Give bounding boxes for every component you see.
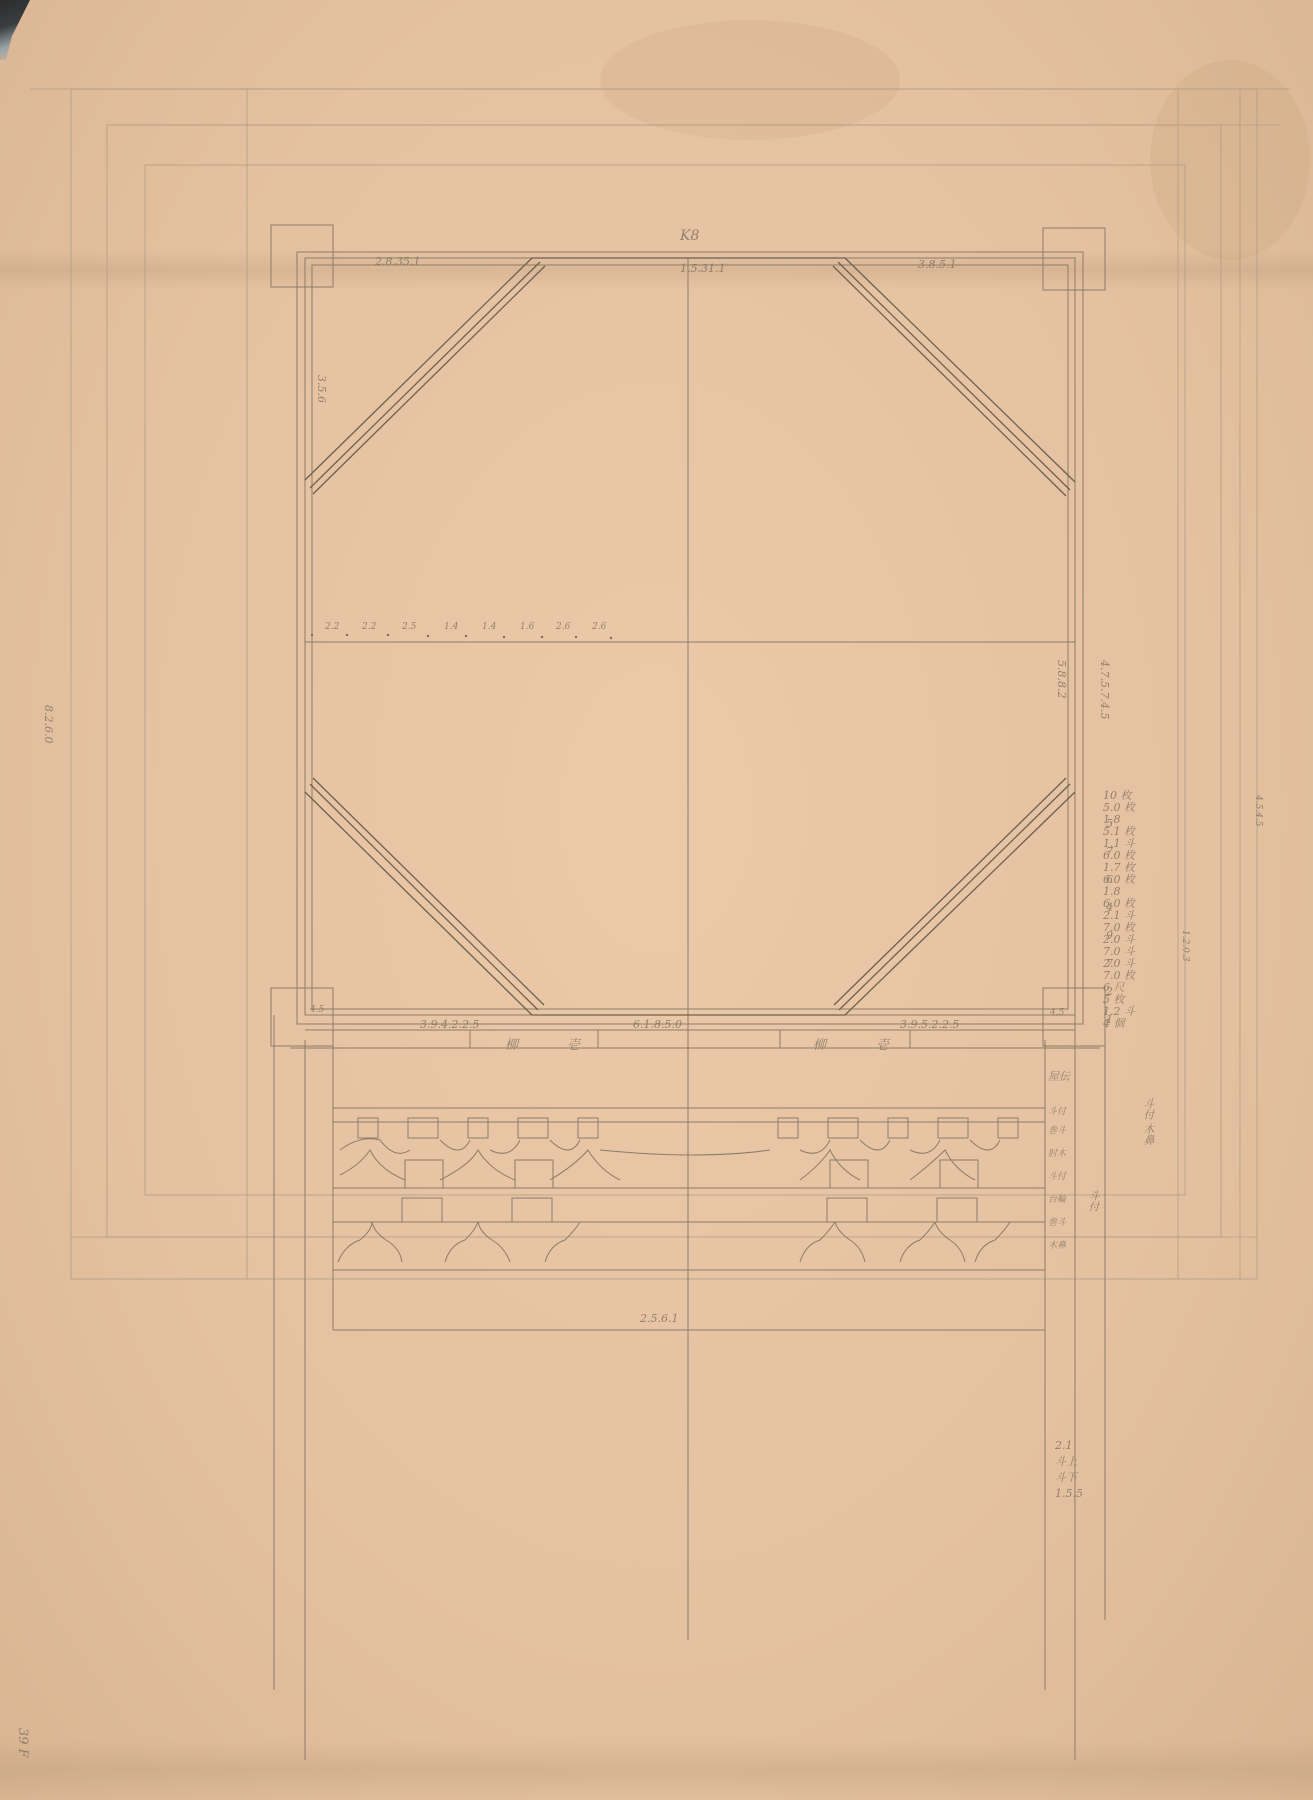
ruler-mark: 2.5: [402, 622, 416, 632]
note-b: 斗付: [1085, 1190, 1101, 1212]
lower-note: 2.1: [1055, 1438, 1083, 1454]
dimension-band: [290, 1030, 1100, 1048]
dim-bottom-center: 6.1.8.5.0: [633, 1018, 682, 1031]
cornice-bottom-dim: 2.5.6.1: [640, 1312, 678, 1325]
char-label: 柳: [505, 1034, 518, 1053]
schedule-index: 4: [1106, 894, 1113, 922]
schedule-index: 7: [1106, 950, 1113, 978]
ruler-mark: 2.2: [325, 622, 339, 632]
note-a: 斗付 木鼻: [1140, 1098, 1156, 1146]
cornice-labels: 屋伝 斗付 巻斗 肘木 斗付 台輪 巻斗 木鼻: [1048, 1068, 1072, 1251]
sheet-number-stamp: 39 F: [15, 1728, 30, 1758]
ruler-mark: 2.6: [556, 622, 570, 632]
schedule-index: 2: [1106, 978, 1113, 1006]
cornice-label: 肘木: [1048, 1146, 1072, 1159]
lower-notes: 2.1 斗上 斗下 1.5.5: [1055, 1438, 1083, 1502]
cornice-label: 斗付: [1048, 1104, 1072, 1117]
ruler-mark: 1.4: [444, 622, 458, 632]
ruler-mark: 1.4: [482, 622, 496, 632]
schedule-index: 6: [1106, 866, 1113, 894]
ruler-mark: 2.6: [592, 622, 606, 632]
cornice-label: 木鼻: [1048, 1238, 1072, 1251]
cornice-elevation: [333, 1108, 1045, 1330]
schedule-index: 7: [1106, 838, 1113, 866]
cornice-label: 巻斗: [1048, 1123, 1072, 1136]
drawing-sheet: K8 2.8.35.1 1.5.31.1 3.8.5.1 3.5.6 5.8.8…: [0, 0, 1313, 1800]
dim-right-inner: 5.8.8.2: [1055, 660, 1068, 698]
dim-top-right: 3.8.5.1: [918, 258, 956, 271]
corner-mark: 4.5: [310, 1005, 324, 1015]
char-label: 壱: [876, 1034, 889, 1053]
cornice-label: 台輪: [1048, 1192, 1072, 1205]
cornice-label: 斗付: [1048, 1169, 1072, 1182]
lower-note: 1.5.5: [1055, 1486, 1083, 1502]
schedule-index: 1: [1106, 1006, 1113, 1034]
lower-note: 斗下: [1055, 1470, 1083, 1486]
dim-bottom-left: 3.9.4.2.2.5: [420, 1018, 479, 1031]
octagon-chamfers: [305, 258, 1075, 1015]
margin-note-top: 4.5.4.5: [1253, 795, 1263, 827]
plan-frame: [297, 252, 1083, 1024]
schedule-left-column: 5 7 6 4 9 7 2 1: [1106, 810, 1113, 1034]
dim-top-center: 1.5.31.1: [680, 262, 725, 275]
corner-mark: 4.5: [1050, 1008, 1064, 1018]
schedule-side-note: 1.2.0.3: [1180, 930, 1190, 962]
ruler-mark: 1.6: [520, 622, 534, 632]
char-label: 壱: [567, 1034, 580, 1053]
schedule-index: 9: [1106, 922, 1113, 950]
dim-bottom-right: 3.9.5.2.2.5: [900, 1018, 959, 1031]
dim-left-margin: 8.2.6.0: [42, 705, 55, 743]
dim-top-left: 2.8.35.1: [375, 255, 420, 268]
cornice-label: 巻斗: [1048, 1215, 1072, 1228]
plan-label: K8: [680, 228, 699, 244]
schedule-index: 5: [1106, 810, 1113, 838]
dim-right-outer: 4.7.5.7.4.5: [1098, 660, 1111, 719]
ruler-mark: 2.2: [362, 622, 376, 632]
lower-note: 斗上: [1055, 1454, 1083, 1470]
char-label: 柳: [813, 1034, 826, 1053]
dim-left-side: 3.5.6: [315, 375, 328, 403]
ruler-ticks: [311, 634, 612, 639]
cornice-label: 屋伝: [1048, 1068, 1072, 1084]
